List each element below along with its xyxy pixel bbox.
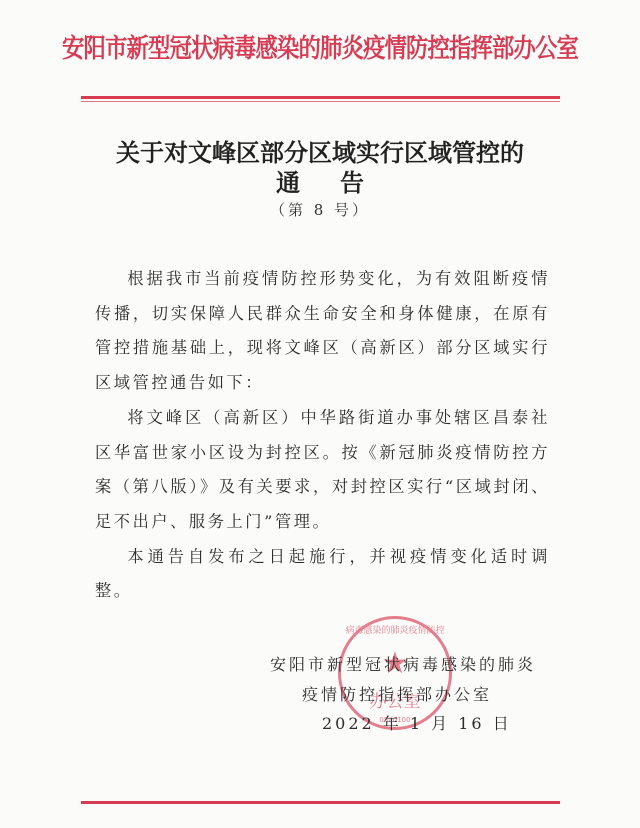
body-paragraph-1: 根据我市当前疫情防控形势变化，为有效阻断疫情传播，切实保障人民群众生命安全和身体… <box>95 262 550 401</box>
signature-org-line2: 疫情防控指挥部办公室 <box>302 682 492 705</box>
document-title-notice: 通告 <box>0 163 640 198</box>
document-number: （第 8 号） <box>0 199 640 220</box>
footer-rule <box>81 801 560 804</box>
issuer-header: 安阳市新型冠状病毒感染的肺炎疫情防控指挥部办公室 <box>45 28 595 65</box>
body-paragraph-2: 将文峰区（高新区）中华路街道办事处辖区昌泰社区华富世家小区设为封控区。按《新冠肺… <box>95 401 550 540</box>
document-body: 根据我市当前疫情防控形势变化，为有效阻断疫情传播，切实保障人民群众生命安全和身体… <box>95 262 550 609</box>
body-paragraph-3: 本通告自发布之日起施行，并视疫情变化适时调整。 <box>95 540 550 609</box>
header-rule-thick <box>81 96 560 99</box>
signature-date: 2022 年 1 月 16 日 <box>322 711 512 734</box>
signature-org-line1: 安阳市新型冠状病毒感染的肺炎 <box>270 652 536 675</box>
header-rule-thin <box>81 101 560 102</box>
seal-ring-text: 病毒感染的肺炎疫情防控 <box>341 623 449 636</box>
